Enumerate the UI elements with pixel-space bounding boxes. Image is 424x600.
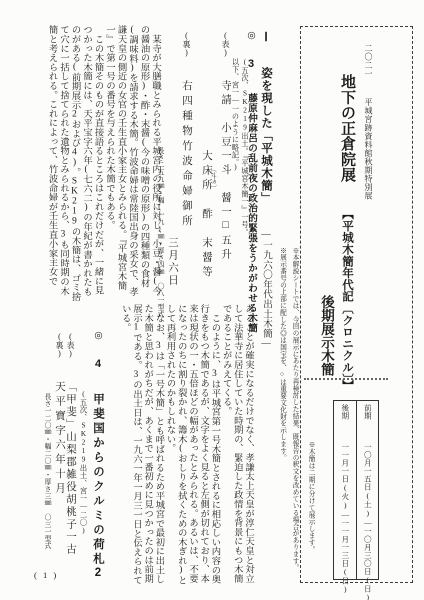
section-numeral: Ⅰ xyxy=(259,30,273,44)
item4-number: 4 xyxy=(92,358,104,370)
item3-reverse-transcription: (裏) 右四種物竹波命婦御所 xyxy=(177,31,195,230)
section-title: 姿を現した「平城木簡」 xyxy=(260,67,272,205)
second-term-dates: 一一月一日(火)―一一月一三日(日) xyxy=(341,443,350,594)
page: { "doc": { "title_box": { "edition_year"… xyxy=(0,0,424,600)
item4-reverse-transcription: (裏) 天平寶字六年十月 xyxy=(50,332,68,497)
item3-paragraph: 某寺が大膳職とみられる平城宮内の役所に対し、小豆・醤(今の醤油の原形)・酢・末醤… xyxy=(103,25,161,302)
item3-obverse-line2: 大床所 酢 末醤等 xyxy=(199,150,214,281)
item4-size-note: 長さ一二〇㎜・幅二〇㎜・厚さ三㎜ 〇三一型式 xyxy=(41,393,51,549)
item3-paragraph: この木簡そのものが直接語るところはこれだけだが、一緒に見つかった木簡には、天平宝… xyxy=(45,25,103,302)
second-term-label: 後期 xyxy=(341,404,350,420)
sheet-note-revision: ※本解説シートでは、今回の展示にあたり再検討した結果、既報告の釈文を改めている場… xyxy=(288,247,301,589)
item4-heading-text: 甲斐国からのクルミの荷札2 xyxy=(92,393,104,582)
reverse-label: (裏) xyxy=(55,332,64,358)
item3-reverse-line1: 右四種物竹波命婦御所 xyxy=(181,80,192,230)
exhibition-subtitle: 後期展示木簡 xyxy=(316,295,336,376)
item3-obverse-transcription: (表) 寺請 小豆一斗 醤一□五升 xyxy=(216,31,234,263)
item3-body-upper: 某寺が大膳職とみられる平城宮内の役所に対し、小豆・醤(今の醤油の原形)・酢・末醤… xyxy=(44,25,160,302)
item3-body-lower: あることが確実になるだけでなく、孝謙太上天皇が淳仁天皇と対立して法華寺に居住して… xyxy=(118,304,253,586)
sheet-notes: ※本解説シートでは、今回の展示にあたり再検討した結果、既報告の釈文を改めている場… xyxy=(272,247,300,589)
item4-heading: ◎ 4 甲斐国からのクルミの荷札2 xyxy=(89,330,107,582)
schedule-first-term: 前期 一〇月一五日(土)―一〇月三〇日(日) xyxy=(357,401,379,579)
title-box-separator xyxy=(304,378,388,380)
exhibition-main-title: 地下の正倉院展 【平城木簡年代記〔クロニクル〕】 xyxy=(337,74,358,391)
exhibit-rotation-note: ※木簡は二期に分けて展示します。 xyxy=(305,441,315,553)
national-treasure-mark: ◎ xyxy=(93,330,103,341)
item4-reverse-text: 天平寶字六年十月 xyxy=(54,381,65,497)
exhibition-series-text: 【平城木簡年代記〔クロニクル〕】 xyxy=(341,208,353,391)
schedule-second-term: 後期 一一月一日(火)―一一月一三日(日) xyxy=(334,401,357,579)
first-term-label: 前期 xyxy=(363,404,372,420)
national-treasure-mark: ◎ xyxy=(246,30,256,41)
exhibition-title-box: 二〇二一 平城宮跡資料館秋期特別展 地下の正倉院展 【平城木簡年代記〔クロニクル… xyxy=(300,26,413,583)
obverse-label: (表) xyxy=(221,31,230,57)
first-term-dates: 一〇月一五日(土)―一〇月三〇日(日) xyxy=(363,443,372,600)
item3-paragraph: このように、3は平城宮第一号木簡とされるに相応しい内容の奥行きをもつ木簡であるが… xyxy=(163,304,219,586)
schedule-table: 前期 一〇月一五日(土)―一〇月三〇日(日) 後期 一一月一日(火)―一一月一三… xyxy=(333,400,379,580)
page-number: ( 1 ) xyxy=(34,570,58,580)
item3-reverse-date: 三月六日 xyxy=(165,237,180,287)
edition-year: 二〇二一 xyxy=(364,44,373,78)
item4-source-note: (五次、SK219出土、宮一―二〇) xyxy=(78,390,88,535)
section-subtitle: ―一九六〇年代出土木簡― xyxy=(261,230,271,349)
sheet-note-treasure-marks: ※展示番号の上部に配した◎は国宝を、○は重要文化財を示します。 xyxy=(275,247,288,589)
item3-obverse-line1: 寺請 小豆一斗 醤一□五升 xyxy=(220,80,231,263)
edition-museum: 平城宮跡資料館秋期特別展 xyxy=(364,98,373,200)
item3-paragraph: なお、3は「一号木簡」とも呼ばれるため平城宮で最初に出土した木簡と思われがちだが… xyxy=(119,304,164,586)
edition-line: 二〇二一 平城宮跡資料館秋期特別展 xyxy=(363,44,374,200)
exhibition-title-text: 地下の正倉院展 xyxy=(339,74,355,183)
reverse-label: (裏) xyxy=(182,31,191,57)
item3-paragraph: あることが確実になるだけでなく、孝謙太上天皇が淳仁天皇と対立して法華寺に居住して… xyxy=(219,304,253,586)
